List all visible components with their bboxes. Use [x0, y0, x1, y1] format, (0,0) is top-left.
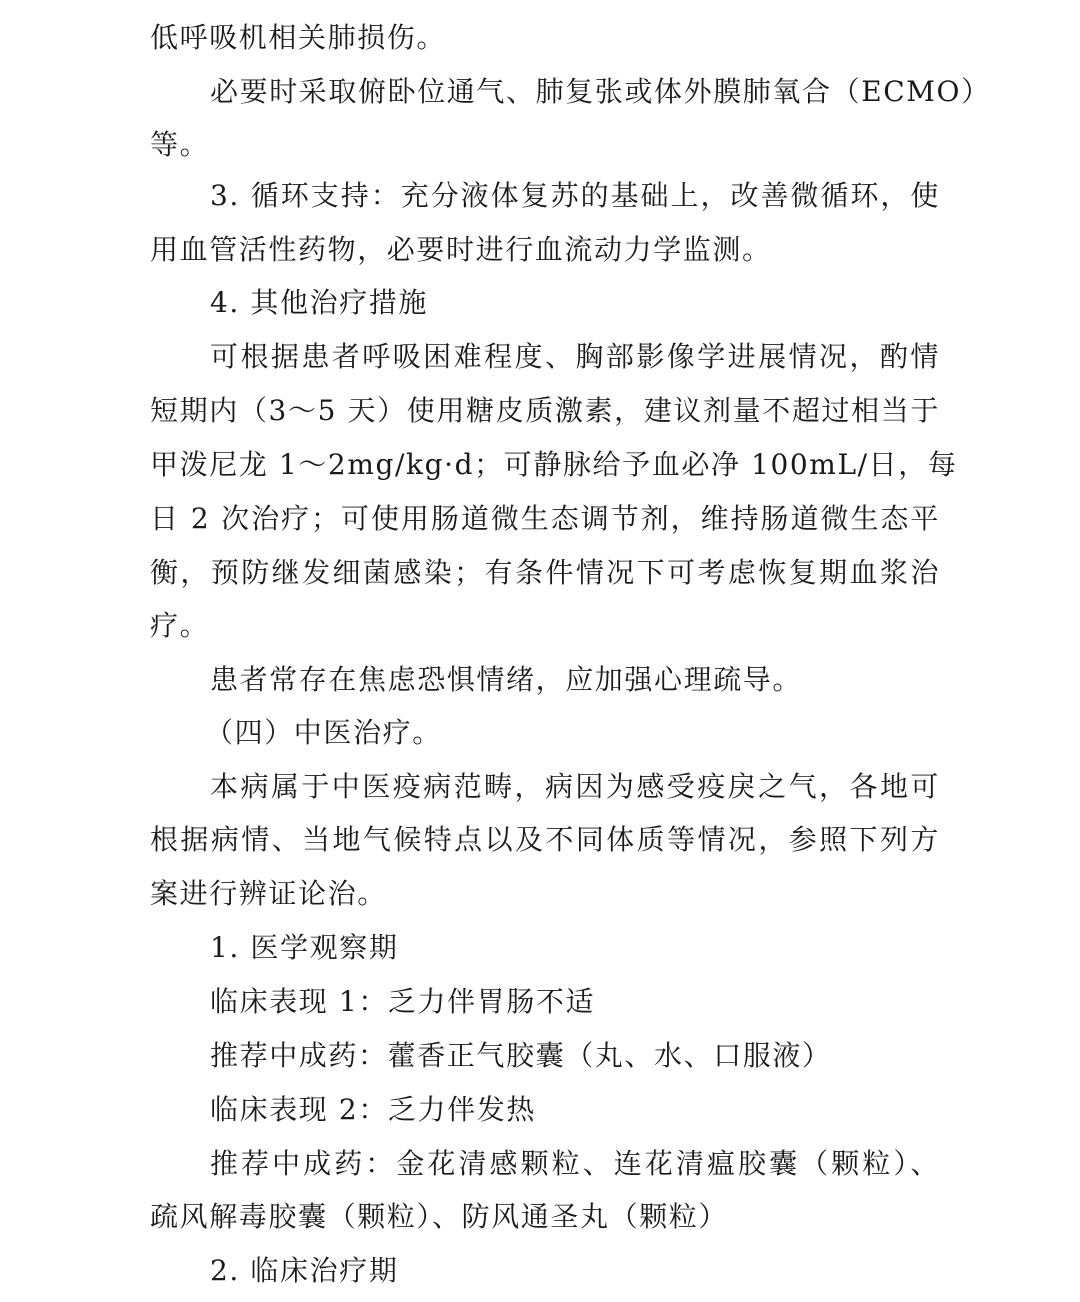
text-line: 必要时采取俯卧位通气、肺复张或体外膜肺氧合（ECMO）: [210, 72, 940, 112]
text-line: 等。: [150, 125, 940, 165]
text-line: 疏风解毒胶囊（颗粒）、防风通圣丸（颗粒）: [150, 1197, 940, 1237]
section-heading: 4. 其他治疗措施: [210, 283, 940, 323]
text-line: 衡，预防继发细菌感染；有条件情况下可考虑恢复期血浆治: [150, 553, 940, 593]
text-line: 本病属于中医疫病范畴，病因为感受疫戾之气，各地可: [210, 767, 940, 807]
text-line: 低呼吸机相关肺损伤。: [150, 18, 940, 58]
section-heading: （四）中医治疗。: [205, 713, 995, 753]
text-line: 短期内（3～5 天）使用糖皮质激素，建议剂量不超过相当于: [150, 391, 940, 431]
text-line: 根据病情、当地气候特点以及不同体质等情况，参照下列方: [150, 820, 940, 860]
text-line: 用血管活性药物，必要时进行血流动力学监测。: [150, 230, 940, 270]
text-line: 可根据患者呼吸困难程度、胸部影像学进展情况，酌情: [210, 337, 940, 377]
section-heading: 2. 临床治疗期: [210, 1251, 940, 1291]
section-heading: 1. 医学观察期: [210, 928, 940, 968]
text-line: 甲泼尼龙 1～2mg/kg·d；可静脉给予血必净 100mL/日，每: [150, 445, 940, 485]
text-line: 疗。: [150, 606, 940, 646]
text-line: 案进行辨证论治。: [150, 874, 940, 914]
text-line: 日 2 次治疗；可使用肠道微生态调节剂，维持肠道微生态平: [150, 499, 940, 539]
text-line: 临床表现 1：乏力伴胃肠不适: [210, 982, 940, 1022]
document-page: 低呼吸机相关肺损伤。 必要时采取俯卧位通气、肺复张或体外膜肺氧合（ECMO） 等…: [0, 0, 1080, 1302]
text-line: 患者常存在焦虑恐惧情绪，应加强心理疏导。: [210, 660, 940, 700]
text-line: 推荐中成药：金花清感颗粒、连花清瘟胶囊（颗粒）、: [210, 1144, 940, 1184]
text-line: 临床表现 2：乏力伴发热: [210, 1090, 940, 1130]
text-line: 3. 循环支持：充分液体复苏的基础上，改善微循环，使: [210, 176, 940, 216]
text-line: 推荐中成药：藿香正气胶囊（丸、水、口服液）: [210, 1036, 940, 1076]
